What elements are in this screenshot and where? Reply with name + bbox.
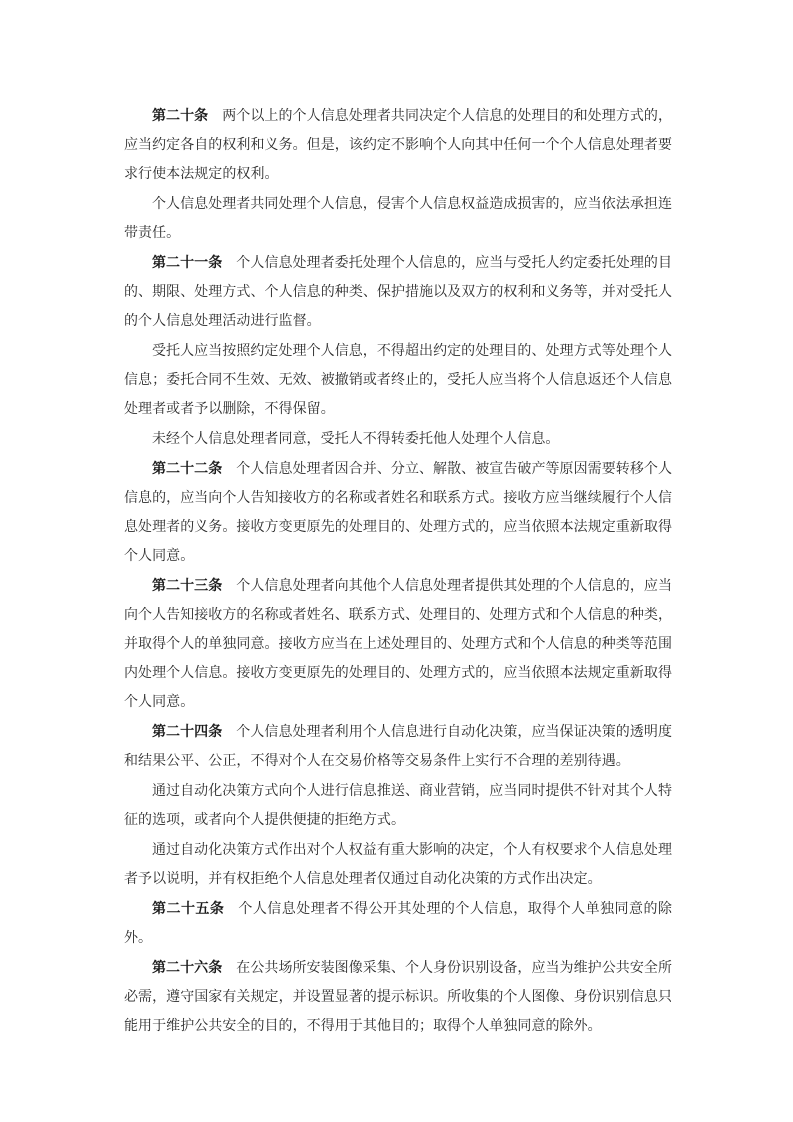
paragraph-article-21-clause-3: 未经个人信息处理者同意，受托人不得转委托他人处理个人信息。: [124, 425, 672, 454]
paragraph-text: 个人信息处理者共同处理个人信息，侵害个人信息权益造成损害的，应当依法承担连带责任…: [124, 196, 672, 241]
paragraph-article-21: 第二十一条个人信息处理者委托处理个人信息的，应当与受托人约定委托处理的目的、期限…: [124, 249, 672, 336]
paragraph-article-25: 第二十五条个人信息处理者不得公开其处理的个人信息，取得个人单独同意的除外。: [124, 895, 672, 953]
document-page: 第二十条两个以上的个人信息处理者共同决定个人信息的处理目的和处理方式的，应当约定…: [124, 102, 672, 1042]
paragraph-article-24: 第二十四条个人信息处理者利用个人信息进行自动化决策，应当保证决策的透明度和结果公…: [124, 718, 672, 776]
paragraph-article-20: 第二十条两个以上的个人信息处理者共同决定个人信息的处理目的和处理方式的，应当约定…: [124, 102, 672, 189]
paragraph-article-23: 第二十三条个人信息处理者向其他个人信息处理者提供其处理的个人信息的，应当向个人告…: [124, 572, 672, 717]
paragraph-text: 通过自动化决策方式作出对个人权益有重大影响的决定，个人有权要求个人信息处理者予以…: [124, 842, 672, 887]
paragraph-text: 受托人应当按照约定处理个人信息，不得超出约定的处理目的、处理方式等处理个人信息；…: [124, 343, 672, 417]
paragraph-article-26: 第二十六条在公共场所安装图像采集、个人身份识别设备，应当为维护公共安全所必需，遵…: [124, 954, 672, 1041]
paragraph-article-21-clause-2: 受托人应当按照约定处理个人信息，不得超出约定的处理目的、处理方式等处理个人信息；…: [124, 337, 672, 424]
paragraph-article-24-clause-3: 通过自动化决策方式作出对个人权益有重大影响的决定，个人有权要求个人信息处理者予以…: [124, 836, 672, 894]
article-number: 第二十条: [152, 108, 208, 124]
article-number: 第二十三条: [152, 578, 222, 594]
paragraph-text: 通过自动化决策方式向个人进行信息推送、商业营销，应当同时提供不针对其个人特征的选…: [124, 783, 672, 828]
paragraph-text: 个人信息处理者向其他个人信息处理者提供其处理的个人信息的，应当向个人告知接收方的…: [124, 578, 672, 710]
paragraph-text: 未经个人信息处理者同意，受托人不得转委托他人处理个人信息。: [152, 431, 559, 447]
article-number: 第二十五条: [152, 901, 224, 917]
article-number: 第二十六条: [152, 960, 222, 976]
paragraph-article-24-clause-2: 通过自动化决策方式向个人进行信息推送、商业营销，应当同时提供不针对其个人特征的选…: [124, 777, 672, 835]
article-number: 第二十四条: [152, 724, 222, 740]
paragraph-article-20-clause-2: 个人信息处理者共同处理个人信息，侵害个人信息权益造成损害的，应当依法承担连带责任…: [124, 190, 672, 248]
article-number: 第二十一条: [152, 255, 222, 271]
article-number: 第二十二条: [152, 461, 222, 477]
paragraph-article-22: 第二十二条个人信息处理者因合并、分立、解散、被宣告破产等原因需要转移个人信息的，…: [124, 455, 672, 571]
